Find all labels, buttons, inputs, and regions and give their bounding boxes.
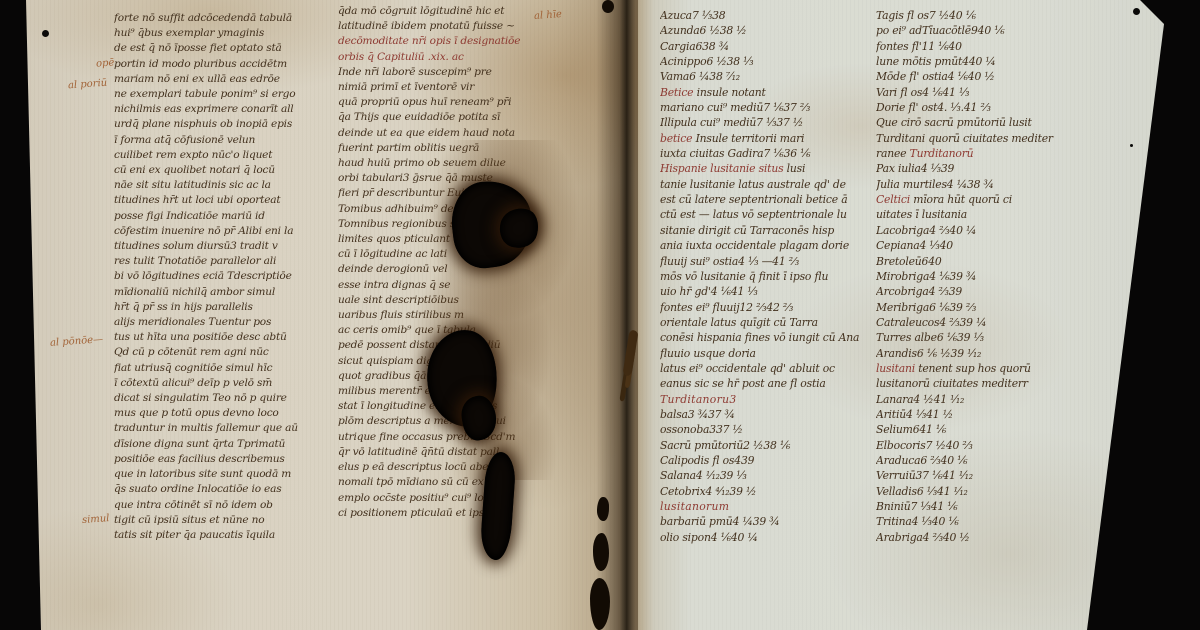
table-row: iuxta ciuitas Gadira7 ⅙36 ⅙ (660, 146, 874, 161)
text-line: latitudinē ibidem pnotatū fuisse ~ (338, 19, 570, 34)
text-line: cuilibet rem expto nūc'o liquet (114, 148, 334, 163)
ink-spot (593, 533, 609, 571)
table-row: Acinippo6 ½38 ⅓ (660, 54, 874, 69)
text-line: emplo occ̄ste positiu⁹ cui⁹ lo (338, 491, 570, 506)
text-line: elus p eā descriptus locū abequi (338, 460, 570, 475)
text-line: deinde ut ea que eidem haud nota (338, 126, 570, 141)
text-line: alijs meridionales Tuentur pos (114, 315, 334, 330)
text-line: mōs vō lusitanie q̄ finit ī ipso flu (660, 269, 874, 284)
text-line: eanus sic se hr̄ post ane fl ostia (660, 376, 874, 391)
text-line: tanie lusitanie latus australe qd' de (660, 177, 874, 192)
right-table-column-2: Tagis fl os7 ½40 ⅙po ei⁹ adTīuacōtlē940 … (876, 8, 1094, 545)
text-line: cū eni ex quolibet notari q̄ locū (114, 163, 334, 178)
text-line: est cū latere septentrionali betice ā (660, 192, 874, 207)
table-row: Cepiana4 ⅓40 (876, 238, 1094, 253)
text-line: decōmoditate nr̄i opis ī designatiōe (338, 34, 570, 49)
text-line: ctū est — latus vō septentrionale lu (660, 207, 874, 222)
text-line: ī cōtextū alicui⁹ deīp p velō sm̄ (114, 376, 334, 391)
text-line: que in latoribus site sunt quodā m (114, 467, 334, 482)
table-row: Meribriga6 ⅙39 ⅔ (876, 300, 1094, 315)
right-page: Azuca7 ⅓38Azunda6 ½38 ½Cargia638 ¾Acinip… (638, 0, 1168, 630)
ink-spot (602, 0, 614, 13)
text-line: dīsione digna sunt q̄rta Tprimatū (114, 437, 334, 452)
table-row: Julia murtiles4 ¼38 ¾ (876, 177, 1094, 192)
text-line: que intra cōtinēt sī nō idem ob (114, 498, 334, 513)
text-line: Hispanie lusitanie situs lusi (660, 161, 874, 176)
text-line: fieri pr̄ describuntur Eui⁹ rō (338, 186, 570, 201)
text-line: hui⁹ q̄bus exemplar ymaginis (114, 26, 334, 41)
text-line: utrique fine occasus prebet Scd'm (338, 430, 570, 445)
text-line: portin id modo pluribus accidētm (114, 57, 334, 72)
text-line: fluuio usque doria (660, 346, 874, 361)
table-row: Arandis6 ⅙ ½39 ¹⁄₁₂ (876, 346, 1094, 361)
margin-note-al-hie: al hīe (534, 9, 563, 22)
table-row: Illipula cui⁹ mediū7 ⅓37 ½ (660, 115, 874, 130)
text-line: urdq̄ plane nisphuis ob inopiā epis (114, 117, 334, 132)
text-line: Turditani quorū ciuitates mediter (876, 131, 1094, 146)
text-line: tus ut hīta una positiōe desc abtū (114, 330, 334, 345)
table-row: Mōde fl' ostia4 ⅙40 ½ (876, 69, 1094, 84)
text-line: uitates ī lusitania (876, 207, 1094, 222)
text-line: q̄r vō latitudinē q̄n̄tū distat pall (338, 445, 570, 460)
text-line: forte nō suffit adcōcedendā tabulā (114, 11, 334, 26)
table-row: Selium641 ⅙ (876, 422, 1094, 437)
table-row: fontes fl'11 ⅙40 (876, 39, 1094, 54)
text-line: nomali tpō mīdiano sū cū ex (338, 475, 570, 490)
page-dot (42, 30, 49, 37)
table-row: Elbocoris7 ½40 ⅔ (876, 438, 1094, 453)
text-line: betice Insule territorii mari (660, 131, 874, 146)
table-row: mariano cui⁹ mediū7 ⅙37 ⅔ (660, 100, 874, 115)
text-line: mīdionaliū nichilq̄ ambor simul (114, 285, 334, 300)
text-line: uale sint descriptiōibus (338, 293, 570, 308)
text-line: orbis q̄ Capituliū .xix. ac (338, 50, 570, 65)
text-line: titudines solum diursū3 tradit v (114, 239, 334, 254)
text-line: hr̄t q̄ pr̄ ss in hijs parallelis (114, 300, 334, 315)
text-line: cōfestim inuenire nō pr̄ Alibi eni la (114, 224, 334, 239)
text-line: ī forma atq̄ cōfusionē velun (114, 133, 334, 148)
text-line: Celtici mīora hūt quorū ci (876, 192, 1094, 207)
margin-note-simul: simul (82, 513, 110, 526)
table-row: olio sipon4 ⅙40 ¼ (660, 530, 874, 545)
text-line: de est q̄ nō īposse fiet optato stā (114, 41, 334, 56)
table-row: Sacrū pmūtoriū2 ½38 ⅙ (660, 438, 874, 453)
left-text-column-2: q̄da mō cōgruit lōgitudinē hic etlatitud… (338, 4, 570, 521)
table-row: Velladis6 ⅓41 ¹⁄₁₂ (876, 484, 1094, 499)
rubric-heading: Turditanoru3 (660, 392, 874, 407)
text-line: Inde nr̄i laborē suscepim⁹ pre (338, 65, 570, 80)
text-line: deinde derogionū vel (338, 262, 570, 277)
text-line: titudines hr̄t ut loci ubi oporteat (114, 193, 334, 208)
text-line: positiōe eas facilius describemus (114, 452, 334, 467)
table-row: Pax iulia4 ⅓39 (876, 161, 1094, 176)
text-line: lusitani tenent sup hos quorū (876, 361, 1094, 376)
table-row: barbariū pmū4 ¼39 ¾ (660, 514, 874, 529)
text-line: q̄da mō cōgruit lōgitudinē hic et (338, 4, 570, 19)
text-line: mariam nō eni ex ullā eas edrōe (114, 72, 334, 87)
table-row: Aritiū4 ⅓41 ½ (876, 407, 1094, 422)
text-line: nichilmis eas exprimere conarīt all (114, 102, 334, 117)
table-row: ossonoba337 ½ (660, 422, 874, 437)
text-line: esse intra dignas q̄ se (338, 278, 570, 293)
right-table-column-1: Azuca7 ⅓38Azunda6 ½38 ½Cargia638 ¾Acinip… (660, 8, 874, 545)
text-line: Betice insule notant (660, 85, 874, 100)
table-row: Azuca7 ⅓38 (660, 8, 874, 23)
table-row: Tagis fl os7 ½40 ⅙ (876, 8, 1094, 23)
text-line: mus que p totū opus devno loco (114, 406, 334, 421)
table-row: Araduca6 ⅔40 ⅙ (876, 453, 1094, 468)
table-row: po ei⁹ adTīuacōtlē940 ⅙ (876, 23, 1094, 38)
page-dot (1130, 144, 1133, 147)
margin-note-ope: opē (96, 57, 115, 69)
table-row: Bniniū7 ⅓41 ⅙ (876, 499, 1094, 514)
text-line: ci positionem pticulaū et ipso (338, 506, 570, 521)
rubric-heading: lusitanorum (660, 499, 874, 514)
text-line: traduntur in multis fallemur que aū (114, 421, 334, 436)
ink-spot (597, 497, 609, 521)
text-line: cū ī lōgitudine ac lati (338, 247, 570, 262)
table-row: Turres albe6 ⅙39 ⅓ (876, 330, 1094, 345)
text-line: latus ei⁹ occidentale qd' abluit oc (660, 361, 874, 376)
table-row: Tritina4 ⅓40 ⅙ (876, 514, 1094, 529)
text-line: res tulit Tnotatiōe parallelor ali (114, 254, 334, 269)
table-row: Lanara4 ½41 ¹⁄₁₂ (876, 392, 1094, 407)
table-row: Arcobriga4 ⅔39 (876, 284, 1094, 299)
text-line: q̄s suato ordine Inlocatiōe io eas (114, 482, 334, 497)
table-row: Azunda6 ½38 ½ (660, 23, 874, 38)
text-line: quā propriū opus huī reneam⁹ pr̄i (338, 95, 570, 110)
table-row: Calipodis fl os439 (660, 453, 874, 468)
table-row: Cetobrix4 ⁴⁄₁₂39 ½ (660, 484, 874, 499)
text-line: fuerint partim oblitis uegrā (338, 141, 570, 156)
text-line: tatis sit piter q̄a paucatis īquila (114, 528, 334, 543)
text-line: ranee Turditanorū (876, 146, 1094, 161)
left-text-column-1: forte nō suffit adcōcedendā tabulāhui⁹ q… (114, 11, 334, 543)
text-line: haud huiū primo ob seuem dilue (338, 156, 570, 171)
table-row: Lacobriga4 ⅔40 ¼ (876, 223, 1094, 238)
text-line: dicat si singulatim Teo nō p quire (114, 391, 334, 406)
table-row: Salana4 ¹⁄₁₂39 ⅓ (660, 468, 874, 483)
manuscript-photo: opē al poriū al hīe al pōnōe— simul fort… (0, 0, 1200, 630)
table-row: Mirobriga4 ⅙39 ¾ (876, 269, 1094, 284)
margin-note-al-poriu: al poriū (68, 78, 108, 92)
text-line: ania iuxta occidentale plagam dorie (660, 238, 874, 253)
page-dot (1133, 8, 1140, 15)
text-line: posse figi Indicatiōe mariū id (114, 209, 334, 224)
table-row: Vama6 ¼38 ⁷⁄₁₂ (660, 69, 874, 84)
table-row: fontes ei⁹ fluuij12 ⅔42 ⅔ (660, 300, 874, 315)
text-line: q̄a Thijs que euidadiōe potita sī (338, 110, 570, 125)
text-line: nāe sit situ latitudinis sic ac la (114, 178, 334, 193)
table-row: Verruiū37 ⅙41 ¹⁄₁₂ (876, 468, 1094, 483)
table-row: uio hr̄ gd'4 ⅙41 ⅓ (660, 284, 874, 299)
text-line: bi vō lōgitudines eciā Tdescriptiōe (114, 269, 334, 284)
table-row: lune mōtis pmūt440 ¼ (876, 54, 1094, 69)
text-line: tigit cū ipsiū situs et nūne no (114, 513, 334, 528)
text-line: orbi tabulari3 ḡsrue q̄ā muste (338, 171, 570, 186)
table-row: balsa3 ¾37 ¾ (660, 407, 874, 422)
table-row: Bretoleū640 (876, 254, 1094, 269)
text-line: Qd cū p cōtenūt rem agni nūc (114, 345, 334, 360)
text-line: sitanie dirigit cū Tarraconēs hisp (660, 223, 874, 238)
table-row: Arabriga4 ⅔40 ½ (876, 530, 1094, 545)
text-line: conēsi hispania fines vō iungit cū Ana (660, 330, 874, 345)
text-line: uaribus fluis stirilibus m (338, 308, 570, 323)
text-line: nimiā primī et īventorē vir (338, 80, 570, 95)
table-row: Dorie fl' ost4. ⅓.41 ⅔ (876, 100, 1094, 115)
text-line: orientale latus quīgit cū Tarra (660, 315, 874, 330)
text-line: ne exemplari tabule ponim⁹ si ergo (114, 87, 334, 102)
text-line: Que cirō sacrū pmūtoriū lusit (876, 115, 1094, 130)
left-page: opē al poriū al hīe al pōnōe— simul fort… (26, 0, 640, 630)
text-line: fiat utriusq̄ cognitiōe simul hīc (114, 361, 334, 376)
text-line: lusitanorū ciuitates mediterr (876, 376, 1094, 391)
table-row: Cargia638 ¾ (660, 39, 874, 54)
table-row: fluuij sui⁹ ostia4 ⅓ —41 ⅔ (660, 254, 874, 269)
margin-note-al-ponone: al pōnōe— (50, 334, 104, 349)
table-row: Vari fl os4 ⅙41 ⅓ (876, 85, 1094, 100)
table-row: Catraleucos4 ⅔39 ¼ (876, 315, 1094, 330)
